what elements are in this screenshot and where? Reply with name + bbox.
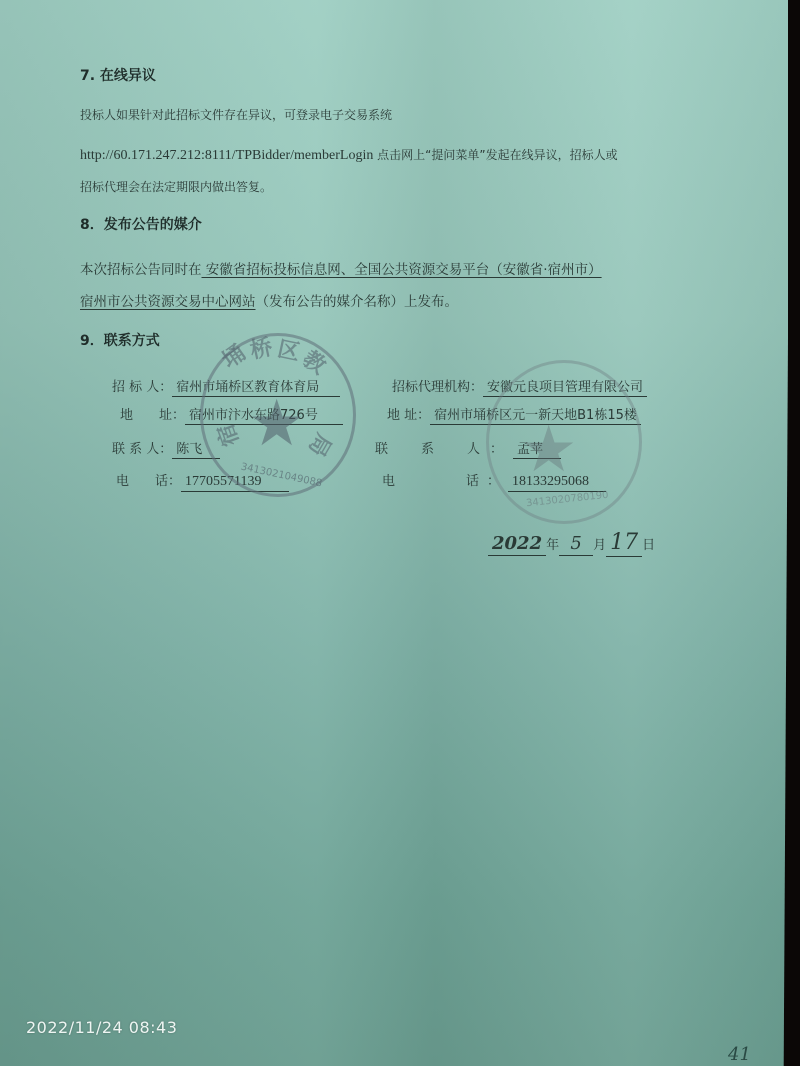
agency-contact-label: 联 系 人：: [375, 438, 513, 457]
handwritten-page-number: 41: [728, 1044, 751, 1065]
section-9-heading: 9．联系方式: [80, 330, 160, 350]
login-url-link[interactable]: http://60.171.247.212:8111/TPBidder/memb…: [80, 148, 373, 163]
section-8-prefix: 本次招标公告同时在: [80, 262, 202, 278]
agency-name-row: 招标代理机构：安徽元良项目管理有限公司: [392, 376, 647, 397]
tenderer-name-label: 招 标 人：: [112, 376, 172, 395]
agency-name-label: 招标代理机构：: [392, 376, 483, 395]
date-day-char: 日: [642, 538, 655, 553]
seal-char: 区: [275, 332, 303, 367]
agency-seal-number: 3413020780190: [526, 490, 609, 510]
photo-timestamp: 2022/11/24 08:43: [26, 1018, 177, 1037]
section-8-suffix: （发布公告的媒介名称）上发布。: [256, 294, 459, 310]
tenderer-phone-label: 电 话：: [116, 470, 181, 489]
tenderer-name-row: 招 标 人：宿州市埇桥区教育体育局: [112, 376, 340, 397]
seal-star-icon: ★: [248, 392, 305, 456]
tenderer-contact-row: 联 系 人：陈飞: [112, 438, 220, 459]
agency-name-value: 安徽元良项目管理有限公司: [483, 376, 647, 397]
seal-char: 桥: [247, 330, 275, 365]
agency-phone-label: 电 话：: [382, 470, 508, 489]
signing-date: 2022年5月17日: [488, 530, 655, 557]
date-day-handwritten: 17: [606, 530, 642, 557]
date-year-handwritten: 2022: [488, 533, 546, 556]
agency-address-label: 地 址：: [387, 404, 430, 423]
section-7-line-1: 投标人如果针对此招标文件存在异议，可登录电子交易系统: [80, 106, 392, 123]
section-7-line-3: 招标代理会在法定期限内做出答复。: [80, 178, 272, 195]
seal-char: 局: [302, 428, 340, 463]
section-7-heading: 7. 在线异议: [80, 65, 156, 85]
media-list-2: 宿州市公共资源交易中心网站: [80, 294, 256, 310]
seal-char: 教: [297, 342, 333, 380]
tenderer-contact-label: 联 系 人：: [112, 438, 172, 457]
section-7-line-2: http://60.171.247.212:8111/TPBidder/memb…: [80, 146, 618, 164]
section-8-line-1: 本次招标公告同时在 安徽省招标投标信息网、全国公共资源交易平台（安徽省·宿州市）: [80, 258, 602, 278]
section-8-heading: 8．发布公告的媒介: [80, 214, 202, 234]
media-list-1: 安徽省招标投标信息网、全国公共资源交易平台（安徽省·宿州市）: [202, 262, 602, 278]
date-month-char: 月: [593, 538, 606, 553]
agency-address-row: 地 址：宿州市埇桥区元一新天地B1栋15楼: [387, 404, 641, 425]
section-8-line-2: 宿州市公共资源交易中心网站（发布公告的媒介名称）上发布。: [80, 290, 458, 310]
seal-char: 埇: [215, 336, 251, 374]
document-page: 7. 在线异议 投标人如果针对此招标文件存在异议，可登录电子交易系统 http:…: [0, 0, 790, 1066]
agency-seal-star-icon: ★: [520, 418, 577, 482]
tenderer-address-label: 地 址：: [120, 404, 185, 423]
section-7-line-2-rest: 点击网上“提问菜单”发起在线异议，招标人或: [373, 148, 617, 162]
date-year-char: 年: [546, 538, 559, 553]
photo-background-edge: [788, 0, 800, 1066]
date-month-handwritten: 5: [559, 533, 593, 556]
